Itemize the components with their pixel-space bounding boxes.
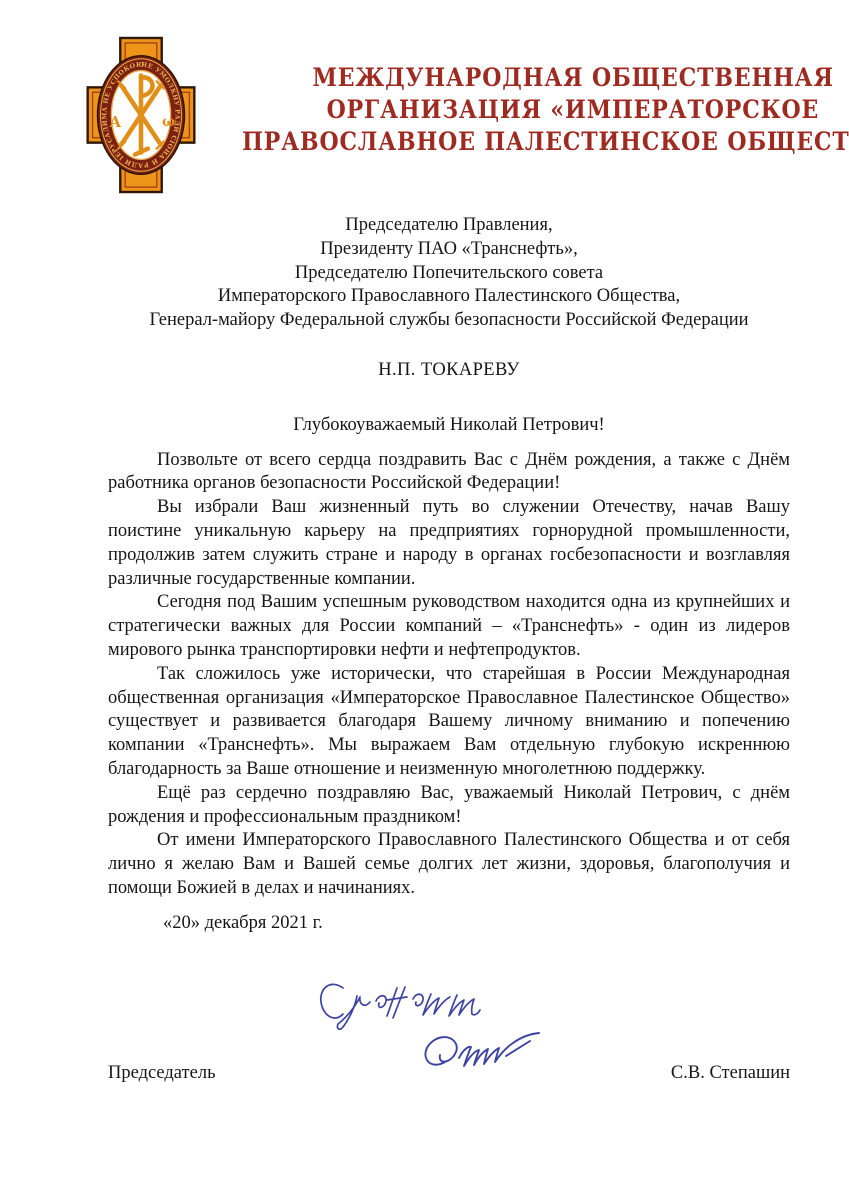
paragraph: Вы избрали Ваш жизненный путь во служени… [108, 496, 790, 591]
org-title-line-3: ПРАВОСЛАВНОЕ ПАЛЕСТИНСКОЕ ОБЩЕСТВО» [242, 126, 849, 158]
paragraph: Сегодня под Вашим успешным руководством … [108, 591, 790, 662]
paragraph: Так сложилось уже исторически, что старе… [108, 663, 790, 782]
addressee-line: Председателю Правления, [108, 214, 790, 238]
signature-area: С уважением Председатель С.В. Степашин [108, 936, 790, 1136]
paragraph: От имени Императорского Православного Па… [108, 829, 790, 900]
signer-title: Председатель [108, 1062, 216, 1086]
signer-name: С.В. Степашин [671, 1062, 790, 1086]
addressee-line: Председателю Попечительского совета [108, 262, 790, 286]
recipient-name: Н.П. ТОКАРЕВУ [108, 359, 790, 383]
org-title-line-2: ОРГАНИЗАЦИЯ «ИМПЕРАТОРСКОЕ [327, 94, 820, 126]
letter-page: НЕ УМОЛКНУ РАДИ СІОНА И РАДИ ІЕРУСАЛИМА … [0, 0, 849, 1200]
handwritten-closing: С уважением [313, 976, 508, 1032]
addressee-line: Императорского Православного Палестинско… [108, 285, 790, 309]
addressee-line: Генерал-майору Федеральной службы безопа… [108, 309, 790, 333]
iops-emblem: НЕ УМОЛКНУ РАДИ СІОНА И РАДИ ІЕРУСАЛИМА … [85, 36, 197, 194]
alpha-letter: А [109, 114, 121, 131]
addressee-block: Председателю Правления, Президенту ПАО «… [108, 214, 790, 333]
salutation: Глубокоуважаемый Николай Петрович! [108, 414, 790, 438]
paragraph: Позвольте от всего сердца поздравить Вас… [108, 449, 790, 497]
letter-body: Позвольте от всего сердца поздравить Вас… [108, 449, 790, 901]
org-title-line-1: МЕЖДУНАРОДНАЯ ОБЩЕСТВЕННАЯ [312, 62, 833, 94]
paragraph: Ещё раз сердечно поздравляю Вас, уважаем… [108, 782, 790, 830]
org-title: МЕЖДУНАРОДНАЯ ОБЩЕСТВЕННАЯ ОРГАНИЗАЦИЯ «… [197, 36, 849, 158]
signature-footer: Председатель С.В. Степашин [108, 1062, 790, 1086]
addressee-line: Президенту ПАО «Транснефть», [108, 238, 790, 262]
omega-letter: ω [162, 114, 175, 130]
letterhead: НЕ УМОЛКНУ РАДИ СІОНА И РАДИ ІЕРУСАЛИМА … [0, 0, 849, 194]
letter-date: «20» декабря 2021 г. [108, 912, 790, 936]
